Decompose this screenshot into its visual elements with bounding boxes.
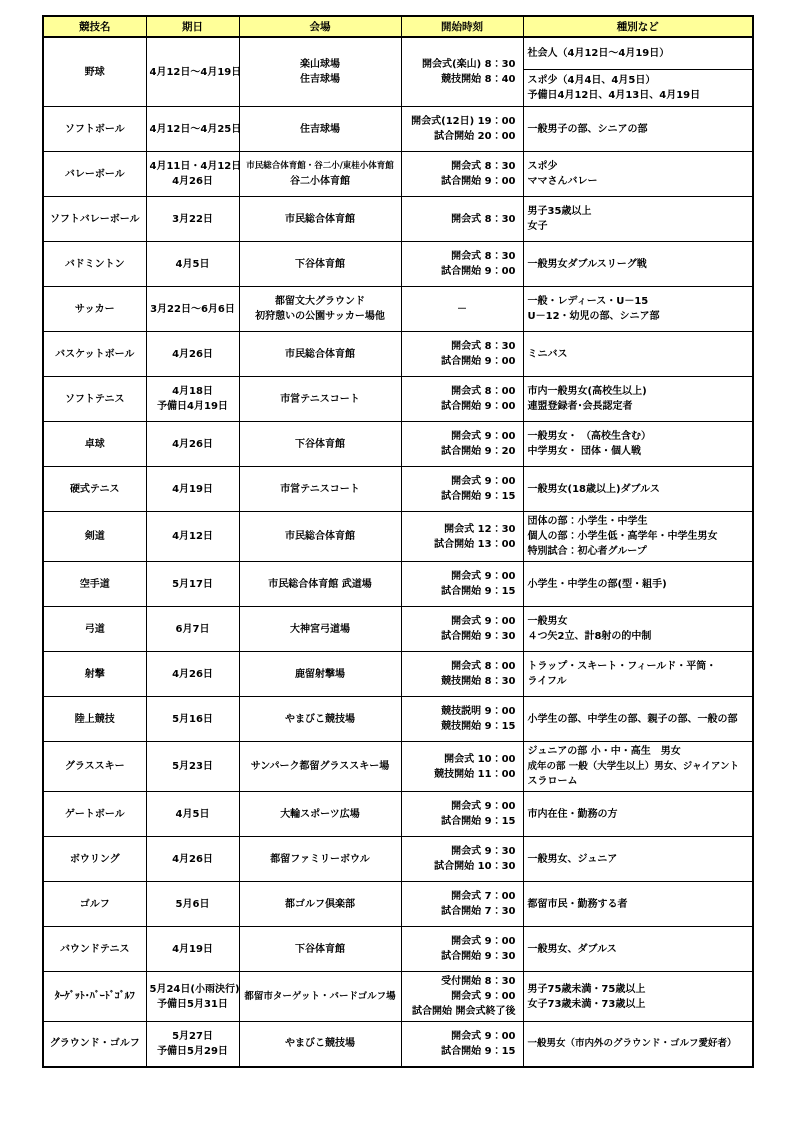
text-line: 市内在住・勤務の方 <box>528 807 751 822</box>
category-cell: 男子75歳未満・75歳以上女子73歳未満・73歳以上 <box>523 972 753 1022</box>
text-line: 5月23日 <box>150 759 236 774</box>
category-subcell: スポ少（4月4日、4月5日）予備日4月12日、4月13日、4月19日 <box>524 69 753 106</box>
text-line: 4月5日 <box>150 807 236 822</box>
competition-name-cell: バスケットボール <box>43 332 146 377</box>
time-cell: 開会式 9：00試合開始 9：15 <box>401 562 523 607</box>
text-line: 開会式(楽山) 8：30 <box>405 57 516 72</box>
text-line: ミニバス <box>528 347 751 362</box>
competition-name-cell: バレーボール <box>43 152 146 197</box>
text-line: 市営テニスコート <box>243 392 398 407</box>
text-line: バドミントン <box>47 257 143 272</box>
table-row: グラススキー5月23日サンパーク都留グラススキー場開会式 10：00競技開始 1… <box>43 742 753 792</box>
venue-cell: 市民総合体育館・谷二小/東桂小体育館谷二小体育館 <box>239 152 401 197</box>
text-line: 一般男女、ジュニア <box>528 852 751 867</box>
category-subcell: 社会人（4月12日～4月19日） <box>524 38 753 69</box>
venue-cell: やまびこ競技場 <box>239 697 401 742</box>
text-line: スポ少（4月4日、4月5日） <box>528 73 751 88</box>
table-row: 陸上競技5月16日やまびこ競技場競技説明 9：00競技開始 9：15小学生の部、… <box>43 697 753 742</box>
venue-cell: 都留文大グラウンド初狩憩いの公園サッカー場他 <box>239 287 401 332</box>
venue-cell: 都留市ターゲット・バードゴルフ場 <box>239 972 401 1022</box>
time-cell: 受付開始 8：30開会式 9：00試合開始 開会式終了後 <box>401 972 523 1022</box>
text-line: 5月24日(小雨決行) <box>150 982 236 997</box>
text-line: 予備日4月12日、4月13日、4月19日 <box>528 88 751 103</box>
text-line: ママさんバレー <box>528 174 751 189</box>
text-line: 市民総合体育館 <box>243 529 398 544</box>
text-line: 一般男女（市内外のグラウンド・ゴルフ愛好者） <box>528 1036 751 1051</box>
text-line: スポ少 <box>528 159 751 174</box>
text-line: 4月26日 <box>150 852 236 867</box>
time-cell: 開会式(12日) 19：00試合開始 20：00 <box>401 107 523 152</box>
competition-name-cell: グラウンド・ゴルフ <box>43 1022 146 1067</box>
time-cell: 開会式 8：30試合開始 9：00 <box>401 242 523 287</box>
table-row: バレーボール4月11日・4月12日4月26日市民総合体育館・谷二小/東桂小体育館… <box>43 152 753 197</box>
category-cell: トラップ・スキート・フィールド・平筒・ライフル <box>523 652 753 697</box>
text-line: 市民総合体育館 <box>243 347 398 362</box>
time-cell: 開会式 12：30試合開始 13：00 <box>401 512 523 562</box>
text-line: 開会式 8：00 <box>405 659 516 674</box>
competition-name-cell: サッカー <box>43 287 146 332</box>
text-line: 試合開始 10：30 <box>405 859 516 874</box>
date-cell: 4月26日 <box>146 652 239 697</box>
time-cell: 開会式 8：00競技開始 8：30 <box>401 652 523 697</box>
table-row: ゴルフ5月6日都ゴルフ倶楽部開会式 7：00試合開始 7：30都留市民・勤務する… <box>43 882 753 927</box>
text-line: グラウンド・ゴルフ <box>47 1036 143 1051</box>
text-line: 試合開始 9：30 <box>405 629 516 644</box>
category-cell: ジュニアの部 小・中・高生 男女成年の部 一般（大学生以上）男女、ジャイアントス… <box>523 742 753 792</box>
text-line: 都留文大グラウンド <box>243 294 398 309</box>
time-cell: 開会式 10：00競技開始 11：00 <box>401 742 523 792</box>
text-line: 住吉球場 <box>243 122 398 137</box>
text-line: 連盟登録者･会長認定者 <box>528 399 751 414</box>
document-page: 競技名 期日 会場 開始時刻 種別など 野球4月12日～4月19日楽山球場住吉球… <box>0 0 794 1123</box>
schedule-body: 野球4月12日～4月19日楽山球場住吉球場開会式(楽山) 8：30競技開始 8：… <box>43 37 753 1067</box>
category-cell: 一般男女４つ矢2立、計8射の的中制 <box>523 607 753 652</box>
category-cell: 小学生・中学生の部(型・組手) <box>523 562 753 607</box>
category-cell: 団体の部：小学生・中学生個人の部：小学生低・高学年・中学生男女特別試合：初心者グ… <box>523 512 753 562</box>
text-line: 大輪スポーツ広場 <box>243 807 398 822</box>
text-line: 試合開始 7：30 <box>405 904 516 919</box>
table-row: サッカー3月22日～6月6日都留文大グラウンド初狩憩いの公園サッカー場他－一般・… <box>43 287 753 332</box>
text-line: 試合開始 20：00 <box>405 129 516 144</box>
text-line: 射撃 <box>47 667 143 682</box>
category-cell: 市内在住・勤務の方 <box>523 792 753 837</box>
text-line: 試合開始 9：00 <box>405 399 516 414</box>
venue-cell: 都留ファミリーボウル <box>239 837 401 882</box>
text-line: サッカー <box>47 302 143 317</box>
text-line: 男子35歳以上 <box>528 204 751 219</box>
text-line: 5月16日 <box>150 712 236 727</box>
text-line: 大神宮弓道場 <box>243 622 398 637</box>
text-line: 一般男子の部、シニアの部 <box>528 122 751 137</box>
text-line: 下谷体育館 <box>243 257 398 272</box>
competition-name-cell: 空手道 <box>43 562 146 607</box>
time-cell: 開会式 9：00試合開始 9：15 <box>401 1022 523 1067</box>
text-line: 5月17日 <box>150 577 236 592</box>
venue-cell: 大神宮弓道場 <box>239 607 401 652</box>
time-cell: － <box>401 287 523 332</box>
time-cell: 開会式 9：00試合開始 9：30 <box>401 607 523 652</box>
date-cell: 5月23日 <box>146 742 239 792</box>
table-row: バウンドテニス4月19日下谷体育館開会式 9：00試合開始 9：30一般男女、ダ… <box>43 927 753 972</box>
text-line: 団体の部：小学生・中学生 <box>528 514 751 529</box>
text-line: 4月11日・4月12日 <box>150 159 236 174</box>
text-line: 4月5日 <box>150 257 236 272</box>
text-line: 弓道 <box>47 622 143 637</box>
date-cell: 4月12日～4月19日 <box>146 37 239 107</box>
text-line: 開会式 8：30 <box>405 249 516 264</box>
text-line: ソフトテニス <box>47 392 143 407</box>
text-line: サンパーク都留グラススキー場 <box>243 759 398 774</box>
competition-name-cell: 硬式テニス <box>43 467 146 512</box>
venue-cell: 楽山球場住吉球場 <box>239 37 401 107</box>
text-line: ジュニアの部 小・中・高生 男女 <box>528 744 751 759</box>
text-line: 市民総合体育館 武道場 <box>243 577 398 592</box>
text-line: 6月7日 <box>150 622 236 637</box>
text-line: ライフル <box>528 674 751 689</box>
text-line: 4月18日 <box>150 384 236 399</box>
text-line: 一般男女・ （高校生含む） <box>528 429 751 444</box>
sports-schedule-table: 競技名 期日 会場 開始時刻 種別など 野球4月12日～4月19日楽山球場住吉球… <box>42 15 754 1068</box>
date-cell: 4月5日 <box>146 792 239 837</box>
text-line: 試合開始 9：00 <box>405 354 516 369</box>
text-line: 試合開始 9：15 <box>405 814 516 829</box>
text-line: 下谷体育館 <box>243 942 398 957</box>
time-cell: 開会式 9：30試合開始 10：30 <box>401 837 523 882</box>
text-line: 開会式 8：30 <box>405 212 516 227</box>
date-cell: 5月6日 <box>146 882 239 927</box>
table-row: ボウリング4月26日都留ファミリーボウル開会式 9：30試合開始 10：30一般… <box>43 837 753 882</box>
category-cell: 都留市民・勤務する者 <box>523 882 753 927</box>
category-cell: ミニバス <box>523 332 753 377</box>
text-line: やまびこ競技場 <box>243 712 398 727</box>
date-cell: 4月12日 <box>146 512 239 562</box>
text-line: 開会式 8：00 <box>405 384 516 399</box>
text-line: ボウリング <box>47 852 143 867</box>
text-line: 予備日5月29日 <box>150 1044 236 1059</box>
time-cell: 開会式 8：30試合開始 9：00 <box>401 152 523 197</box>
text-line: 小学生・中学生の部(型・組手) <box>528 577 751 592</box>
text-line: 開会式 12：30 <box>405 522 516 537</box>
text-line: 女子73歳未満・73歳以上 <box>528 997 751 1012</box>
category-cell: 男子35歳以上女子 <box>523 197 753 242</box>
text-line: 試合開始 開会式終了後 <box>405 1004 516 1019</box>
text-line: 4月19日 <box>150 482 236 497</box>
text-line: 硬式テニス <box>47 482 143 497</box>
text-line: 小学生の部、中学生の部、親子の部、一般の部 <box>528 712 751 727</box>
date-cell: 4月26日 <box>146 332 239 377</box>
venue-cell: 鹿留射撃場 <box>239 652 401 697</box>
text-line: 開会式 9：00 <box>405 934 516 949</box>
category-cell: 社会人（4月12日～4月19日）スポ少（4月4日、4月5日）予備日4月12日、4… <box>523 37 753 107</box>
table-row: グラウンド・ゴルフ5月27日予備日5月29日やまびこ競技場開会式 9：00試合開… <box>43 1022 753 1067</box>
venue-cell: サンパーク都留グラススキー場 <box>239 742 401 792</box>
venue-cell: 市民総合体育館 <box>239 332 401 377</box>
date-cell: 3月22日 <box>146 197 239 242</box>
text-line: やまびこ競技場 <box>243 1036 398 1051</box>
header-category: 種別など <box>523 16 753 37</box>
table-row: バドミントン4月5日下谷体育館開会式 8：30試合開始 9：00一般男女ダブルス… <box>43 242 753 287</box>
text-line: 4月12日～4月25日 <box>150 122 236 137</box>
text-line: 試合開始 9：15 <box>405 584 516 599</box>
text-line: ソフトボール <box>47 122 143 137</box>
text-line: 試合開始 9：20 <box>405 444 516 459</box>
text-line: U－12・幼児の部、シニア部 <box>528 309 751 324</box>
text-line: 3月22日～6月6日 <box>150 302 236 317</box>
date-cell: 6月7日 <box>146 607 239 652</box>
date-cell: 4月26日 <box>146 837 239 882</box>
text-line: 開会式 9：00 <box>405 799 516 814</box>
text-line: 開会式 9：30 <box>405 844 516 859</box>
text-line: 競技開始 9：15 <box>405 719 516 734</box>
table-row: 野球4月12日～4月19日楽山球場住吉球場開会式(楽山) 8：30競技開始 8：… <box>43 37 753 107</box>
text-line: 競技開始 11：00 <box>405 767 516 782</box>
venue-cell: 市営テニスコート <box>239 467 401 512</box>
text-line: ﾀｰｹﾞｯﾄ･ﾊﾞｰﾄﾞｺﾞﾙﾌ <box>47 989 143 1004</box>
date-cell: 4月19日 <box>146 467 239 512</box>
competition-name-cell: ボウリング <box>43 837 146 882</box>
venue-cell: 下谷体育館 <box>239 242 401 287</box>
table-row: ゲートボール4月5日大輪スポーツ広場開会式 9：00試合開始 9：15市内在住・… <box>43 792 753 837</box>
venue-cell: 市民総合体育館 武道場 <box>239 562 401 607</box>
text-line: 3月22日 <box>150 212 236 227</box>
text-line: 鹿留射撃場 <box>243 667 398 682</box>
text-line: 開会式 9：00 <box>405 474 516 489</box>
text-line: 住吉球場 <box>243 72 398 87</box>
text-line: 楽山球場 <box>243 57 398 72</box>
header-venue: 会場 <box>239 16 401 37</box>
text-line: 一般・レディース・U－15 <box>528 294 751 309</box>
competition-name-cell: 野球 <box>43 37 146 107</box>
text-line: バレーボール <box>47 167 143 182</box>
text-line: 開会式 8：30 <box>405 159 516 174</box>
category-cell: スポ少ママさんバレー <box>523 152 753 197</box>
venue-cell: 下谷体育館 <box>239 422 401 467</box>
text-line: 卓球 <box>47 437 143 452</box>
time-cell: 開会式 9：00試合開始 9：30 <box>401 927 523 972</box>
date-cell: 4月26日 <box>146 422 239 467</box>
text-line: 試合開始 9：15 <box>405 1044 516 1059</box>
date-cell: 5月24日(小雨決行)予備日5月31日 <box>146 972 239 1022</box>
text-line: ゲートボール <box>47 807 143 822</box>
text-line: 下谷体育館 <box>243 437 398 452</box>
competition-name-cell: グラススキー <box>43 742 146 792</box>
text-line: 開会式 10：00 <box>405 752 516 767</box>
text-line: 開会式 9：00 <box>405 569 516 584</box>
text-line: 一般男女、ダブルス <box>528 942 751 957</box>
text-line: 競技開始 8：40 <box>405 72 516 87</box>
category-cell: 一般男女・ （高校生含む）中学男女・ 団体・個人戦 <box>523 422 753 467</box>
time-cell: 競技説明 9：00競技開始 9：15 <box>401 697 523 742</box>
date-cell: 5月17日 <box>146 562 239 607</box>
text-line: 開会式 9：00 <box>405 1029 516 1044</box>
table-row: ソフトボール4月12日～4月25日住吉球場開会式(12日) 19：00試合開始 … <box>43 107 753 152</box>
text-line: 市民総合体育館・谷二小/東桂小体育館 <box>243 159 398 174</box>
date-cell: 5月27日予備日5月29日 <box>146 1022 239 1067</box>
text-line: 谷二小体育館 <box>243 174 398 189</box>
text-line: 試合開始 9：00 <box>405 174 516 189</box>
date-cell: 5月16日 <box>146 697 239 742</box>
text-line: 4月19日 <box>150 942 236 957</box>
text-line: 空手道 <box>47 577 143 592</box>
category-cell: 一般男女(18歳以上)ダブルス <box>523 467 753 512</box>
text-line: 受付開始 8：30 <box>405 974 516 989</box>
competition-name-cell: ソフトボール <box>43 107 146 152</box>
text-line: 都留市民・勤務する者 <box>528 897 751 912</box>
text-line: 競技開始 8：30 <box>405 674 516 689</box>
category-cell: 一般男女、ダブルス <box>523 927 753 972</box>
text-line: 一般男女 <box>528 614 751 629</box>
text-line: バウンドテニス <box>47 942 143 957</box>
text-line: 一般男女ダブルスリーグ戦 <box>528 257 751 272</box>
text-line: 女子 <box>528 219 751 234</box>
text-line: バスケットボール <box>47 347 143 362</box>
text-line: 社会人（4月12日～4月19日） <box>528 46 751 61</box>
table-row: 射撃4月26日鹿留射撃場開会式 8：00競技開始 8：30トラップ・スキート・フ… <box>43 652 753 697</box>
text-line: 開会式 9：00 <box>405 614 516 629</box>
header-start-time: 開始時刻 <box>401 16 523 37</box>
text-line: ゴルフ <box>47 897 143 912</box>
text-line: 開会式 9：00 <box>405 429 516 444</box>
time-cell: 開会式 8：00試合開始 9：00 <box>401 377 523 422</box>
text-line: 市内一般男女(高校生以上) <box>528 384 751 399</box>
text-line: ４つ矢2立、計8射の的中制 <box>528 629 751 644</box>
text-line: 競技説明 9：00 <box>405 704 516 719</box>
text-line: 4月26日 <box>150 437 236 452</box>
text-line: 個人の部：小学生低・高学年・中学生男女 <box>528 529 751 544</box>
text-line: 試合開始 9：00 <box>405 264 516 279</box>
time-cell: 開会式 9：00試合開始 9：15 <box>401 467 523 512</box>
competition-name-cell: ゴルフ <box>43 882 146 927</box>
date-cell: 4月18日予備日4月19日 <box>146 377 239 422</box>
date-cell: 4月5日 <box>146 242 239 287</box>
text-line: 4月26日 <box>150 174 236 189</box>
text-line: スラローム <box>528 774 751 789</box>
table-row: 空手道5月17日市民総合体育館 武道場開会式 9：00試合開始 9：15小学生・… <box>43 562 753 607</box>
competition-name-cell: 剣道 <box>43 512 146 562</box>
time-cell: 開会式(楽山) 8：30競技開始 8：40 <box>401 37 523 107</box>
venue-cell: 住吉球場 <box>239 107 401 152</box>
competition-name-cell: ソフトテニス <box>43 377 146 422</box>
text-line: 市営テニスコート <box>243 482 398 497</box>
date-cell: 3月22日～6月6日 <box>146 287 239 332</box>
category-cell: 一般男女、ジュニア <box>523 837 753 882</box>
text-line: 開会式 7：00 <box>405 889 516 904</box>
text-line: 都留ファミリーボウル <box>243 852 398 867</box>
competition-name-cell: ﾀｰｹﾞｯﾄ･ﾊﾞｰﾄﾞｺﾞﾙﾌ <box>43 972 146 1022</box>
text-line: 中学男女・ 団体・個人戦 <box>528 444 751 459</box>
time-cell: 開会式 7：00試合開始 7：30 <box>401 882 523 927</box>
category-cell: 一般・レディース・U－15U－12・幼児の部、シニア部 <box>523 287 753 332</box>
header-date: 期日 <box>146 16 239 37</box>
venue-cell: 都ゴルフ倶楽部 <box>239 882 401 927</box>
text-line: 4月26日 <box>150 667 236 682</box>
text-line: 剣道 <box>47 529 143 544</box>
competition-name-cell: 射撃 <box>43 652 146 697</box>
text-line: 陸上競技 <box>47 712 143 727</box>
text-line: 成年の部 一般（大学生以上）男女、ジャイアント <box>528 759 751 774</box>
text-line: トラップ・スキート・フィールド・平筒・ <box>528 659 751 674</box>
text-line: 開会式(12日) 19：00 <box>405 114 516 129</box>
competition-name-cell: 卓球 <box>43 422 146 467</box>
text-line: 予備日4月19日 <box>150 399 236 414</box>
text-line: 初狩憩いの公園サッカー場他 <box>243 309 398 324</box>
time-cell: 開会式 9：00試合開始 9：15 <box>401 792 523 837</box>
table-row: 剣道4月12日市民総合体育館開会式 12：30試合開始 13：00団体の部：小学… <box>43 512 753 562</box>
category-cell: 一般男子の部、シニアの部 <box>523 107 753 152</box>
table-row: 硬式テニス4月19日市営テニスコート開会式 9：00試合開始 9：15一般男女(… <box>43 467 753 512</box>
text-line: 試合開始 13：00 <box>405 537 516 552</box>
text-line: 開会式 9：00 <box>405 989 516 1004</box>
category-cell: 一般男女ダブルスリーグ戦 <box>523 242 753 287</box>
venue-cell: 大輪スポーツ広場 <box>239 792 401 837</box>
text-line: 一般男女(18歳以上)ダブルス <box>528 482 751 497</box>
table-row: ﾀｰｹﾞｯﾄ･ﾊﾞｰﾄﾞｺﾞﾙﾌ5月24日(小雨決行)予備日5月31日都留市ター… <box>43 972 753 1022</box>
table-row: バスケットボール4月26日市民総合体育館開会式 8：30試合開始 9：00ミニバ… <box>43 332 753 377</box>
competition-name-cell: ソフトバレーボール <box>43 197 146 242</box>
competition-name-cell: 弓道 <box>43 607 146 652</box>
venue-cell: 市民総合体育館 <box>239 512 401 562</box>
text-line: 5月6日 <box>150 897 236 912</box>
date-cell: 4月19日 <box>146 927 239 972</box>
header-competition-name: 競技名 <box>43 16 146 37</box>
time-cell: 開会式 8：30試合開始 9：00 <box>401 332 523 377</box>
category-cell: 市内一般男女(高校生以上)連盟登録者･会長認定者 <box>523 377 753 422</box>
text-line: 男子75歳未満・75歳以上 <box>528 982 751 997</box>
date-cell: 4月12日～4月25日 <box>146 107 239 152</box>
table-row: 卓球4月26日下谷体育館開会式 9：00試合開始 9：20一般男女・ （高校生含… <box>43 422 753 467</box>
header-row: 競技名 期日 会場 開始時刻 種別など <box>43 16 753 37</box>
venue-cell: 市民総合体育館 <box>239 197 401 242</box>
time-cell: 開会式 8：30 <box>401 197 523 242</box>
competition-name-cell: ゲートボール <box>43 792 146 837</box>
table-row: ソフトテニス4月18日予備日4月19日市営テニスコート開会式 8：00試合開始 … <box>43 377 753 422</box>
competition-name-cell: バウンドテニス <box>43 927 146 972</box>
text-line: 5月27日 <box>150 1029 236 1044</box>
venue-cell: やまびこ競技場 <box>239 1022 401 1067</box>
text-line: ソフトバレーボール <box>47 212 143 227</box>
time-cell: 開会式 9：00試合開始 9：20 <box>401 422 523 467</box>
category-cell: 小学生の部、中学生の部、親子の部、一般の部 <box>523 697 753 742</box>
text-line: 試合開始 9：30 <box>405 949 516 964</box>
text-line: グラススキー <box>47 759 143 774</box>
text-line: 野球 <box>47 65 143 80</box>
text-line: 開会式 8：30 <box>405 339 516 354</box>
venue-cell: 下谷体育館 <box>239 927 401 972</box>
table-header: 競技名 期日 会場 開始時刻 種別など <box>43 16 753 37</box>
text-line: 試合開始 9：15 <box>405 489 516 504</box>
text-line: 4月26日 <box>150 347 236 362</box>
competition-name-cell: バドミントン <box>43 242 146 287</box>
date-cell: 4月11日・4月12日4月26日 <box>146 152 239 197</box>
text-line: 特別試合：初心者グループ <box>528 544 751 559</box>
competition-name-cell: 陸上競技 <box>43 697 146 742</box>
table-row: 弓道6月7日大神宮弓道場開会式 9：00試合開始 9：30一般男女４つ矢2立、計… <box>43 607 753 652</box>
venue-cell: 市営テニスコート <box>239 377 401 422</box>
text-line: 都留市ターゲット・バードゴルフ場 <box>243 989 398 1004</box>
table-row: ソフトバレーボール3月22日市民総合体育館開会式 8：30男子35歳以上女子 <box>43 197 753 242</box>
category-cell: 一般男女（市内外のグラウンド・ゴルフ愛好者） <box>523 1022 753 1067</box>
text-line: 4月12日～4月19日 <box>150 65 236 80</box>
text-line: 都ゴルフ倶楽部 <box>243 897 398 912</box>
text-line: 市民総合体育館 <box>243 212 398 227</box>
text-line: － <box>405 302 520 317</box>
text-line: 4月12日 <box>150 529 236 544</box>
text-line: 予備日5月31日 <box>150 997 236 1012</box>
